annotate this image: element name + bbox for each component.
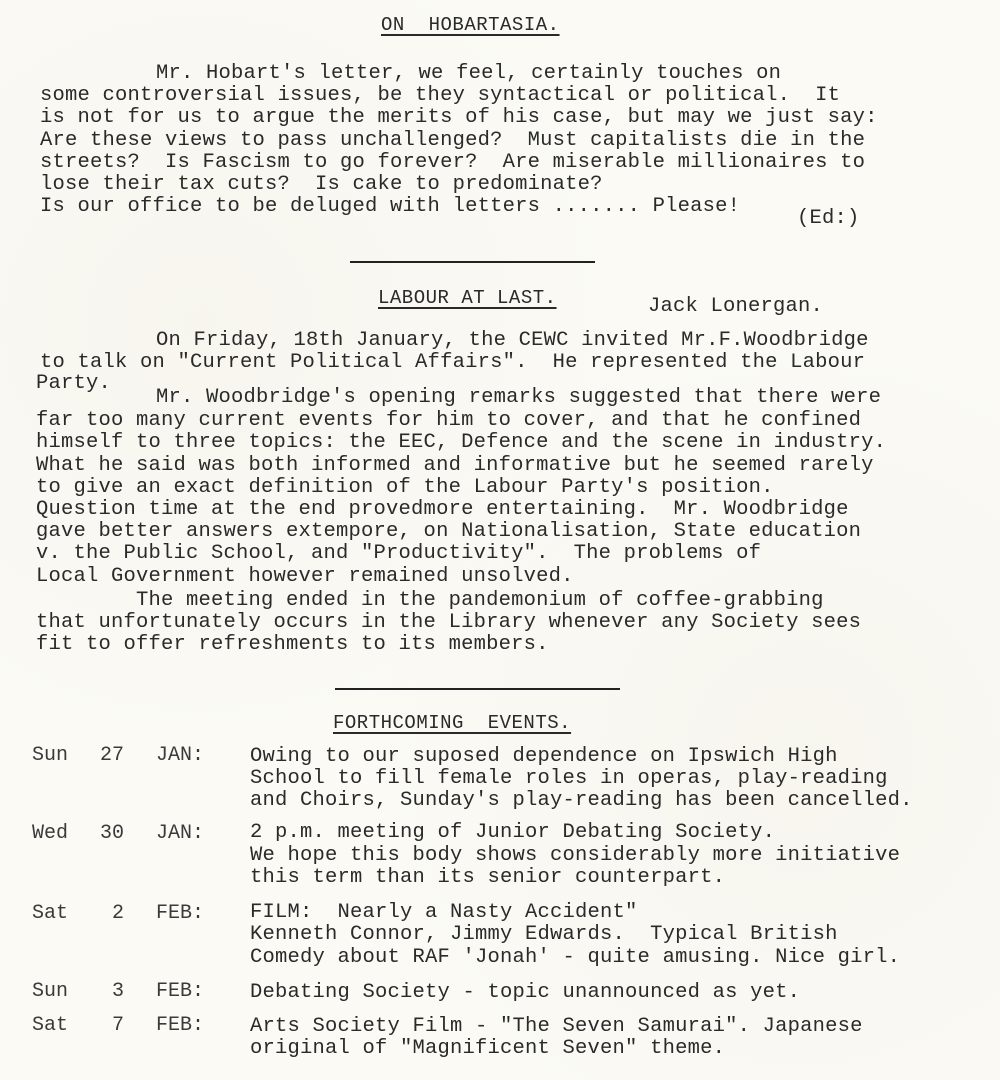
body-line: to give an exact definition of the Labou…: [36, 477, 774, 499]
event-month: JAN:: [156, 744, 204, 767]
body-line: some controversial issues, be they synta…: [40, 85, 840, 107]
editor-signoff: (Ed:): [797, 208, 860, 230]
event-date: 30: [100, 822, 124, 845]
article-author: Jack Lonergan.: [648, 296, 823, 318]
event-date: 2: [112, 902, 124, 925]
body-line: fit to offer refreshments to its members…: [36, 634, 549, 656]
event-month: JAN:: [156, 822, 204, 845]
event-month: FEB:: [156, 1014, 204, 1037]
event-line: FILM: Nearly a Nasty Accident": [250, 902, 638, 924]
body-line: Mr. Woodbridge's opening remarks suggest…: [56, 387, 881, 409]
body-line: On Friday, 18th January, the CEWC invite…: [56, 330, 869, 352]
body-line: far too many current events for him to c…: [36, 410, 861, 432]
body-line: that unfortunately occurs in the Library…: [36, 612, 861, 634]
body-line: himself to three topics: the EEC, Defenc…: [36, 432, 886, 454]
event-day: Sun: [32, 980, 68, 1003]
body-line: Question time at the end provedmore ente…: [36, 499, 849, 521]
event-line: We hope this body shows considerably mor…: [250, 845, 900, 867]
body-line: streets? Is Fascism to go forever? Are m…: [40, 152, 865, 174]
body-line: The meeting ended in the pandemonium of …: [36, 590, 824, 612]
event-line: Arts Society Film - "The Seven Samurai".…: [250, 1016, 863, 1038]
event-line: and Choirs, Sunday's play-reading has be…: [250, 790, 913, 812]
typewritten-page: ON HOBARTASIA. Mr. Hobart's letter, we f…: [0, 0, 1000, 1080]
event-line: this term than its senior counterpart.: [250, 867, 725, 889]
body-line: lose their tax cuts? Is cake to predomin…: [40, 174, 603, 196]
body-line: Are these views to pass unchallenged? Mu…: [40, 130, 865, 152]
event-line: original of "Magnificent Seven" theme.: [250, 1038, 725, 1060]
body-line: Local Government however remained unsolv…: [36, 566, 574, 588]
section-divider: [350, 261, 595, 263]
body-line: What he said was both informed and infor…: [36, 455, 874, 477]
body-line: gave better answers extempore, on Nation…: [36, 521, 861, 543]
article-title-hobartasia: ON HOBARTASIA.: [381, 14, 560, 36]
event-day: Sat: [32, 1014, 68, 1037]
event-date: 3: [112, 980, 124, 1003]
article-title-labour: LABOUR AT LAST.: [378, 287, 557, 309]
event-line: 2 p.m. meeting of Junior Debating Societ…: [250, 822, 775, 844]
body-line: is not for us to argue the merits of his…: [40, 107, 878, 129]
event-day: Sat: [32, 902, 68, 925]
event-line: School to fill female roles in operas, p…: [250, 768, 888, 790]
event-date: 27: [100, 744, 124, 767]
event-line: Debating Society - topic unannounced as …: [250, 982, 800, 1004]
event-day: Wed: [32, 822, 68, 845]
event-line: Comedy about RAF 'Jonah' - quite amusing…: [250, 947, 900, 969]
event-date: 7: [112, 1014, 124, 1037]
body-line: Is our office to be deluged with letters…: [40, 196, 740, 218]
events-title: FORTHCOMING EVENTS.: [333, 712, 571, 734]
body-line: to talk on "Current Political Affairs". …: [40, 352, 865, 374]
event-day: Sun: [32, 744, 68, 767]
body-line: v. the Public School, and "Productivity"…: [36, 543, 761, 565]
event-line: Owing to our suposed dependence on Ipswi…: [250, 746, 838, 768]
body-line: Mr. Hobart's letter, we feel, certainly …: [56, 63, 781, 85]
event-month: FEB:: [156, 980, 204, 1003]
section-divider: [335, 688, 620, 690]
event-line: Kenneth Connor, Jimmy Edwards. Typical B…: [250, 924, 838, 946]
event-month: FEB:: [156, 902, 204, 925]
